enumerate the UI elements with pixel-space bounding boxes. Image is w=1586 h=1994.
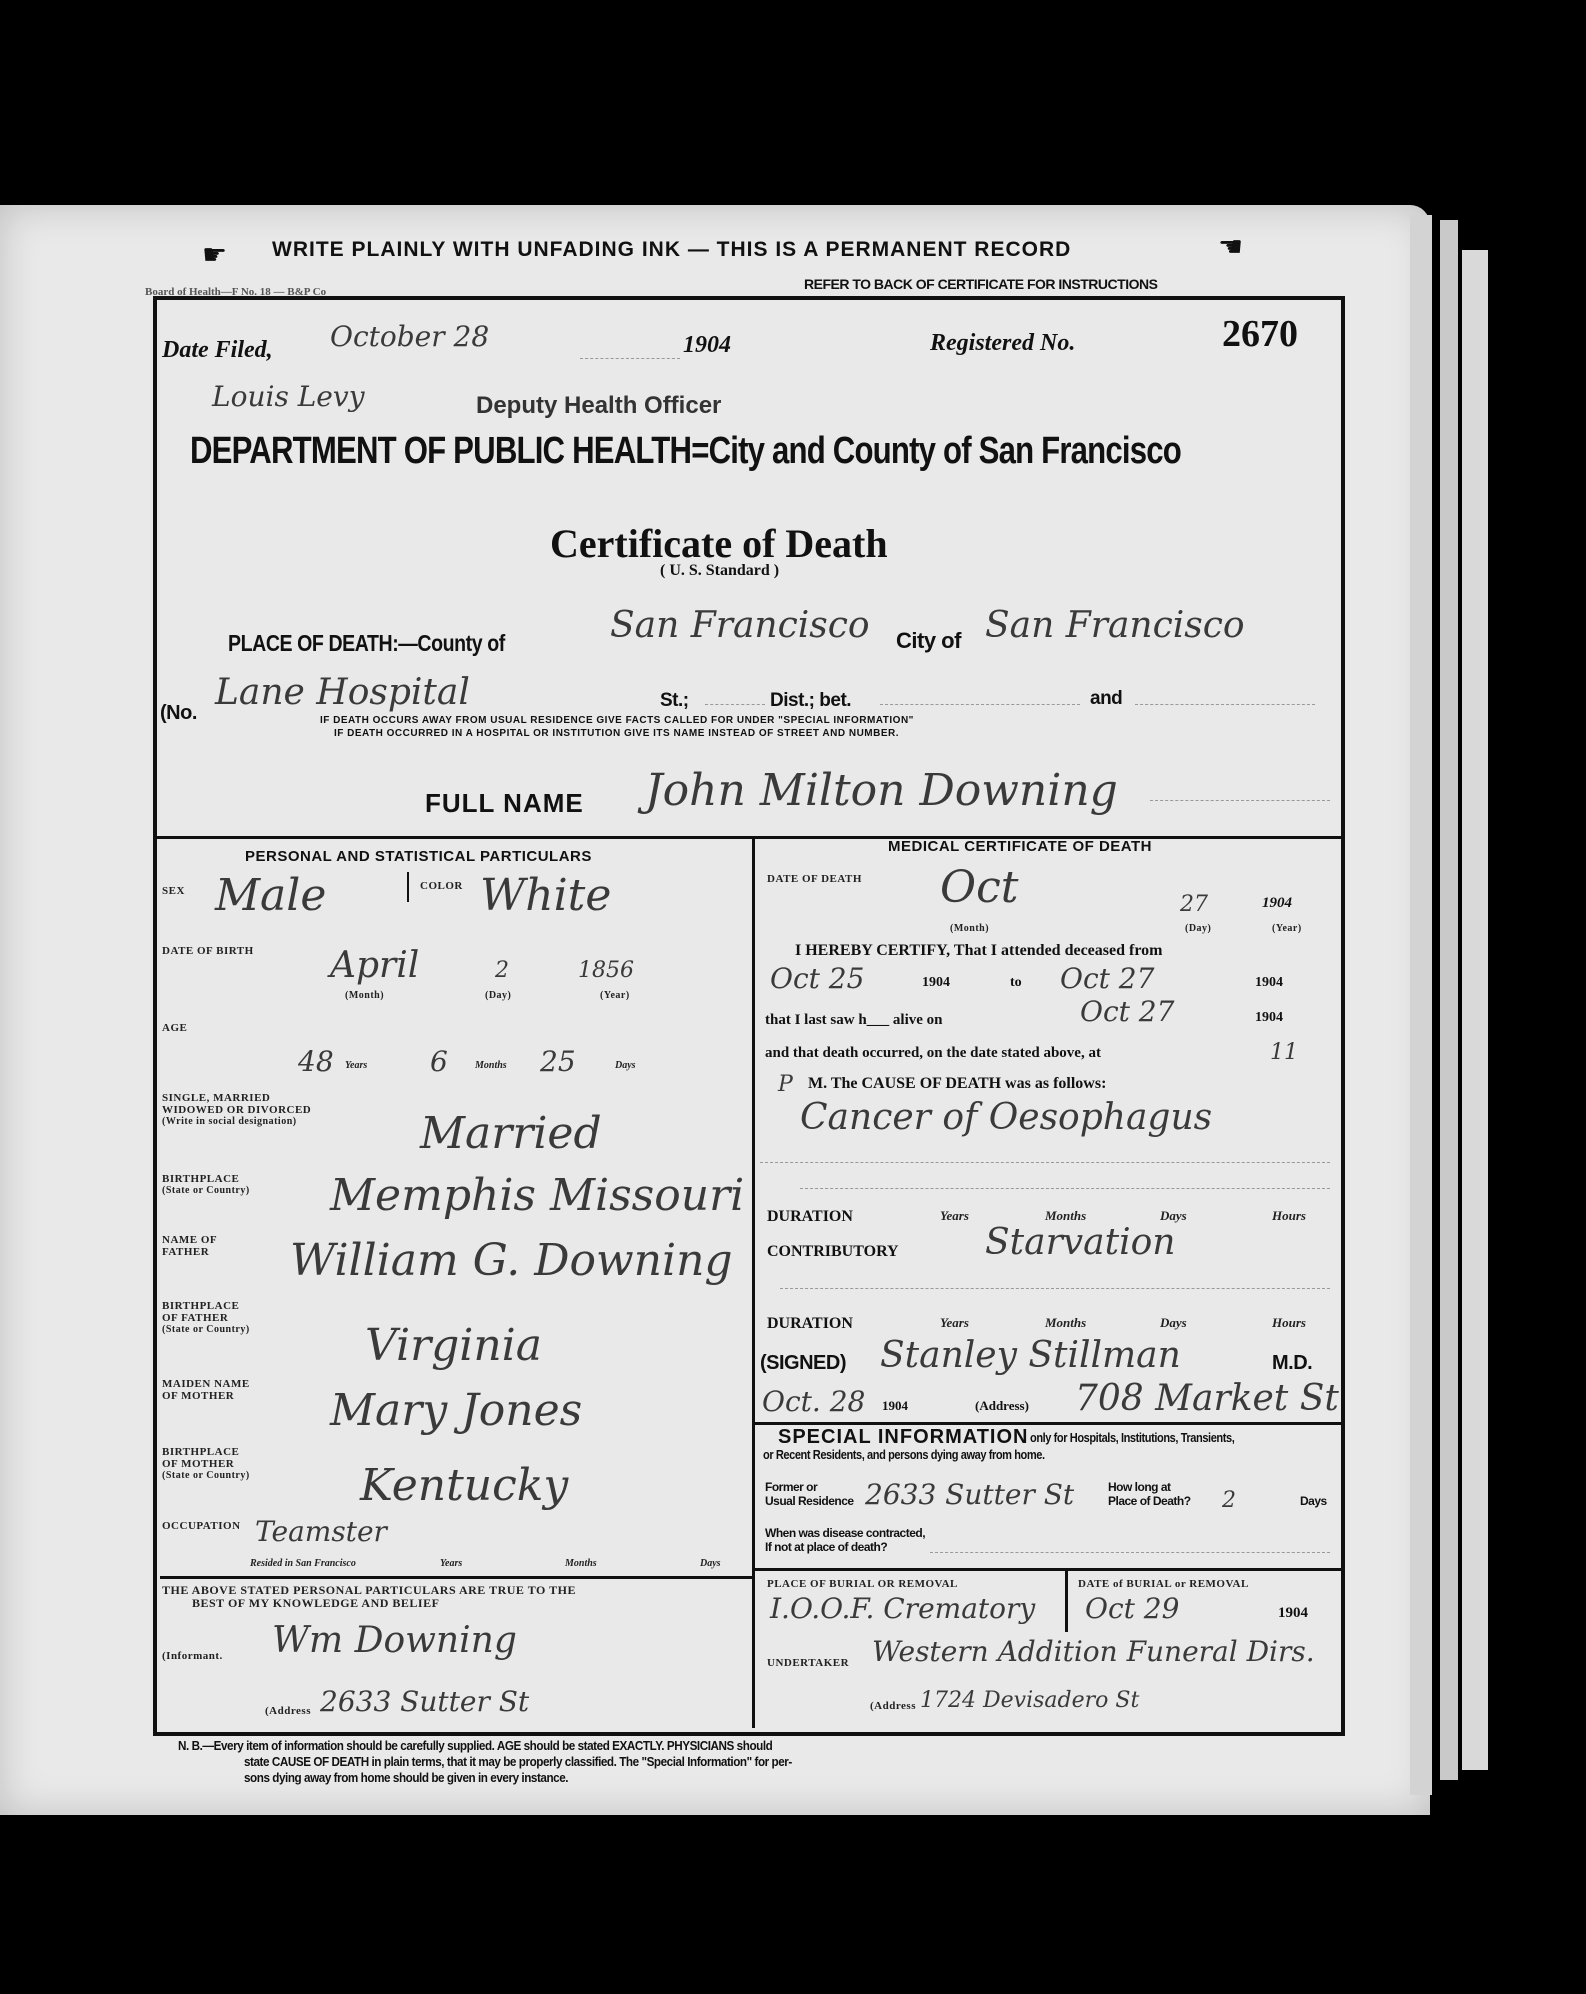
death-time: 11 [1270, 1040, 1298, 1065]
st-line [705, 704, 765, 705]
color-label: COLOR [420, 880, 463, 892]
dod-month-caption: (Month) [950, 923, 989, 935]
full-name-label: FULL NAME [425, 788, 584, 819]
contracted-label-2: If not at place of death? [765, 1540, 887, 1554]
attended-from-year: 1904 [922, 975, 950, 991]
certificate-title: Certificate of Death [550, 520, 888, 567]
place-of-death-label: PLACE OF DEATH:—County of [228, 630, 505, 657]
signed-address-label: (Address) [975, 1398, 1029, 1414]
burial-divider [752, 1568, 1341, 1571]
informant-value: Wm Downing [272, 1620, 517, 1661]
attest-line-2: BEST OF MY KNOWLEDGE AND BELIEF [192, 1597, 439, 1609]
footnote-line-3: sons dying away from home should be give… [244, 1770, 568, 1785]
color-value: White [480, 870, 611, 921]
dist-label: Dist.; bet. [770, 690, 851, 712]
informant-address-value: 2633 Sutter St [320, 1685, 529, 1718]
dob-month: April [330, 945, 419, 986]
personal-heading: PERSONAL AND STATISTICAL PARTICULARS [245, 848, 592, 865]
contracted-label-1: When was disease contracted, [765, 1526, 925, 1540]
sex-label: SEX [162, 885, 185, 897]
city-label: City of [896, 628, 961, 654]
dod-year: 1904 [1262, 895, 1292, 912]
father-label-2: FATHER [162, 1246, 209, 1258]
resided-label: Resided in San Francisco [250, 1558, 356, 1569]
age-label: AGE [162, 1022, 187, 1034]
mother-label-1: MAIDEN NAME [162, 1378, 250, 1390]
birthplace-label-1: BIRTHPLACE [162, 1173, 239, 1185]
sex-color-divider [407, 872, 409, 902]
special-heading-big: SPECIAL INFORMATION [778, 1426, 1028, 1449]
resided-days: Days [700, 1558, 721, 1569]
marital-label-2: WIDOWED OR DIVORCED [162, 1104, 311, 1116]
age-years-caption: Years [345, 1060, 367, 1071]
cause-text: M. The CAUSE OF DEATH was as follows: [808, 1075, 1106, 1093]
death-meridiem: P [778, 1072, 793, 1097]
officer-signature: Louis Levy [212, 380, 365, 413]
father-value: William G. Downing [290, 1235, 733, 1286]
duration-label-2: DURATION [767, 1315, 853, 1333]
occupation-label: OCCUPATION [162, 1520, 241, 1532]
how-long-label-2: Place of Death? [1108, 1494, 1191, 1508]
full-name-value: John Milton Downing [645, 765, 1118, 816]
contributory-line [780, 1288, 1330, 1289]
mother-value: Mary Jones [330, 1385, 582, 1436]
page-edge-3 [1462, 250, 1488, 1770]
last-saw-value: Oct 27 [1080, 995, 1174, 1028]
registered-label: Registered No. [930, 330, 1075, 357]
officer-title: Deputy Health Officer [476, 392, 721, 420]
footnote-line-1: N. B.—Every item of information should b… [178, 1738, 772, 1753]
age-days-caption: Days [615, 1060, 636, 1071]
dob-month-caption: (Month) [345, 990, 384, 1002]
full-name-line [1150, 800, 1330, 801]
and-label: and [1090, 688, 1122, 710]
birthplace-value: Memphis Missouri [330, 1170, 744, 1221]
duration-months-2: Months [1045, 1315, 1086, 1331]
attest-line-1: THE ABOVE STATED PERSONAL PARTICULARS AR… [162, 1584, 576, 1596]
banner-text: WRITE PLAINLY WITH UNFADING INK — THIS I… [272, 238, 1071, 262]
signed-label: (SIGNED) [760, 1352, 846, 1375]
father-birth-value: Virginia [365, 1320, 542, 1371]
mother-birth-label-2: OF MOTHER [162, 1458, 234, 1470]
residence-value: 2633 Sutter St [865, 1478, 1074, 1511]
birthplace-label-2: (State or Country) [162, 1185, 250, 1197]
last-saw-text: that I last saw h___ alive on [765, 1012, 943, 1029]
residence-label-1: Former or [765, 1480, 817, 1494]
mother-birth-value: Kentucky [360, 1460, 568, 1511]
undertaker-value: Western Addition Funeral Dirs. [872, 1635, 1315, 1668]
occupation-value: Teamster [255, 1515, 387, 1548]
page-edge-1 [1410, 215, 1432, 1795]
undertaker-label: UNDERTAKER [767, 1657, 849, 1669]
dob-year: 1856 [578, 958, 634, 983]
pointing-hand-icon: ☛ [202, 240, 227, 270]
signed-year: 1904 [882, 1398, 908, 1414]
resided-years: Years [440, 1558, 462, 1569]
dod-month: Oct [940, 862, 1018, 913]
marital-label-1: SINGLE, MARRIED [162, 1092, 270, 1104]
undertaker-address-value: 1724 Devisadero St [920, 1688, 1139, 1713]
undertaker-address-label: (Address [870, 1700, 916, 1712]
informant-label: (Informant. [162, 1650, 223, 1662]
county-value: San Francisco [610, 605, 870, 646]
signed-address-value: 708 Market St [1075, 1378, 1339, 1419]
registered-number: 2670 [1222, 312, 1298, 356]
father-birth-label-1: BIRTHPLACE [162, 1300, 239, 1312]
burial-date-label: DATE of BURIAL or REMOVAL [1078, 1578, 1249, 1590]
date-filed-label: Date Filed, [162, 337, 273, 364]
mother-label-2: OF MOTHER [162, 1390, 234, 1402]
duration-years-1: Years [940, 1208, 969, 1224]
certify-text: I HEREBY CERTIFY, That I attended deceas… [795, 942, 1162, 960]
how-long-label-1: How long at [1108, 1480, 1171, 1494]
signed-date: Oct. 28 [762, 1385, 865, 1418]
age-days: 25 [540, 1045, 576, 1078]
burial-date-year: 1904 [1278, 1605, 1308, 1622]
to-label: to [1010, 975, 1022, 991]
duration-years-2: Years [940, 1315, 969, 1331]
dod-day-caption: (Day) [1185, 923, 1211, 935]
dod-label: DATE OF DEATH [767, 873, 862, 885]
duration-hours-2: Hours [1272, 1315, 1306, 1331]
dob-label: DATE OF BIRTH [162, 945, 254, 957]
department-title: DEPARTMENT OF PUBLIC HEALTH=City and Cou… [190, 430, 1181, 473]
date-filed-line [580, 358, 680, 359]
place-note-1: IF DEATH OCCURS AWAY FROM USUAL RESIDENC… [320, 715, 914, 726]
duration-label-1: DURATION [767, 1208, 853, 1226]
special-divider [752, 1422, 1341, 1425]
place-note-2: IF DEATH OCCURRED IN A HOSPITAL OR INSTI… [334, 728, 899, 739]
father-birth-label-2: OF FATHER [162, 1312, 228, 1324]
marital-label-3: (Write in social designation) [162, 1116, 297, 1128]
st-label: St.; [660, 690, 689, 712]
residence-label-2: Usual Residence [765, 1494, 854, 1508]
how-long-days: Days [1300, 1494, 1327, 1508]
dod-year-caption: (Year) [1272, 923, 1302, 935]
father-birth-label-3: (State or Country) [162, 1324, 250, 1336]
mother-birth-label-3: (State or Country) [162, 1470, 250, 1482]
and-line [1135, 704, 1315, 705]
signed-value: Stanley Stillman [880, 1335, 1181, 1376]
burial-place-value: I.O.O.F. Crematory [770, 1592, 1035, 1625]
father-label-1: NAME OF [162, 1234, 217, 1246]
informant-divider [160, 1576, 752, 1579]
how-long-value: 2 [1222, 1488, 1236, 1513]
attended-to-year: 1904 [1255, 975, 1283, 991]
dist-line [880, 704, 1080, 705]
special-heading-line2: or Recent Residents, and persons dying a… [763, 1447, 1045, 1462]
occurred-text: and that death occurred, on the date sta… [765, 1045, 1101, 1062]
duration-hours-1: Hours [1272, 1208, 1306, 1224]
age-months: 6 [430, 1045, 448, 1078]
burial-column-divider [1065, 1570, 1068, 1632]
dob-day: 2 [495, 958, 509, 983]
duration-days-2: Days [1160, 1315, 1187, 1331]
column-divider [752, 836, 755, 1728]
dob-year-caption: (Year) [600, 990, 630, 1002]
city-value: San Francisco [985, 605, 1245, 646]
attended-to: Oct 27 [1060, 962, 1154, 995]
contributory-label: CONTRIBUTORY [767, 1243, 899, 1261]
cause-line-2 [800, 1188, 1330, 1189]
footnote-line-2: state CAUSE OF DEATH in plain terms, tha… [244, 1754, 792, 1769]
street-no-label: (No. [160, 702, 197, 725]
date-filed-value: October 28 [330, 320, 489, 353]
attended-from: Oct 25 [770, 962, 864, 995]
age-years: 48 [298, 1045, 334, 1078]
pointing-hand-icon-right: ☛ [1218, 232, 1243, 262]
special-heading-rest: only for Hospitals, Institutions, Transi… [1030, 1430, 1234, 1445]
informant-address-label: (Address [265, 1705, 311, 1717]
dod-day: 27 [1180, 892, 1208, 917]
burial-date-value: Oct 29 [1085, 1592, 1179, 1625]
section-divider-top [153, 836, 1341, 839]
medical-heading: MEDICAL CERTIFICATE OF DEATH [888, 838, 1152, 855]
mother-birth-label-1: BIRTHPLACE [162, 1446, 239, 1458]
marital-value: Married [420, 1108, 602, 1159]
md-label: M.D. [1272, 1352, 1312, 1375]
street-no-value: Lane Hospital [215, 672, 470, 713]
contributory-value: Starvation [985, 1222, 1175, 1263]
contracted-line [930, 1552, 1330, 1553]
burial-place-label: PLACE OF BURIAL OR REMOVAL [767, 1578, 958, 1590]
cause-line-1 [760, 1162, 1330, 1163]
resided-months: Months [565, 1558, 597, 1569]
dob-day-caption: (Day) [485, 990, 511, 1002]
cause-value: Cancer of Oesophagus [800, 1097, 1212, 1138]
last-saw-year: 1904 [1255, 1010, 1283, 1026]
sex-value: Male [215, 870, 326, 921]
instructions-note: REFER TO BACK OF CERTIFICATE FOR INSTRUC… [804, 276, 1157, 292]
age-months-caption: Months [475, 1060, 507, 1071]
standard-subtitle: ( U. S. Standard ) [660, 562, 779, 580]
filed-year: 1904 [683, 332, 731, 359]
page-edge-2 [1440, 220, 1458, 1780]
